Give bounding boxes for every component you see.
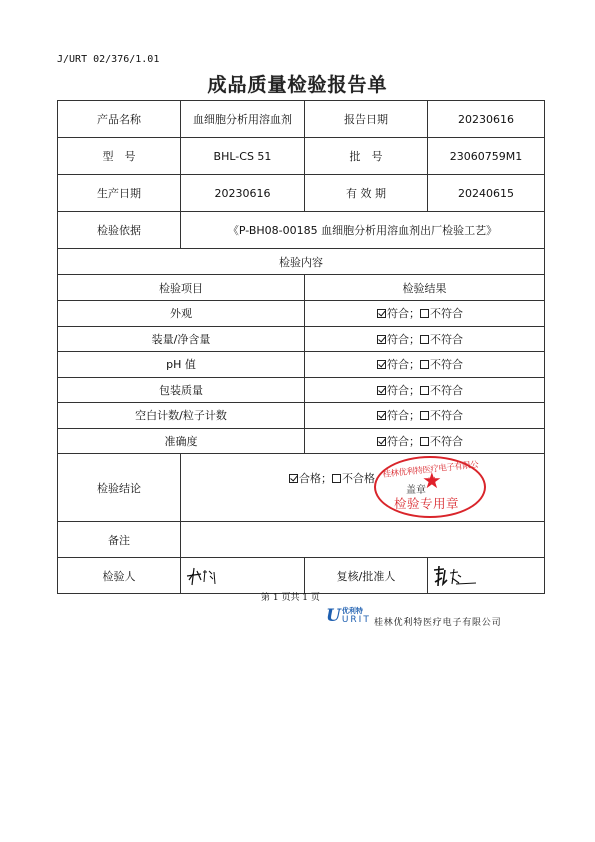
report-date-value: 20230616	[428, 101, 545, 138]
product-name-value: 血细胞分析用溶血剂	[181, 101, 305, 138]
document-code: J/URT 02/376/1.01	[57, 54, 159, 65]
item-name: 外观	[58, 301, 305, 327]
reviewer-signature-cell	[428, 558, 545, 594]
table-row: 空白计数/粒子计数 符合；不符合	[58, 403, 545, 429]
fail-checkbox[interactable]	[420, 335, 429, 344]
fail-label: 不符合	[430, 384, 463, 397]
separator: ；	[409, 307, 420, 320]
reviewer-signature-icon	[428, 558, 545, 593]
table-row: 准确度 符合；不符合	[58, 428, 545, 454]
pass-checkbox[interactable]	[377, 411, 386, 420]
logo-cn-text: 优利特	[342, 607, 371, 615]
production-date-label: 生产日期	[58, 175, 181, 212]
fail-checkbox[interactable]	[420, 309, 429, 318]
expiry-value: 20240615	[428, 175, 545, 212]
pass-checkbox[interactable]	[377, 309, 386, 318]
separator: ；	[321, 472, 332, 485]
section-title: 检验内容	[58, 249, 545, 275]
product-name-label: 产品名称	[58, 101, 181, 138]
pass-checkbox[interactable]	[377, 335, 386, 344]
model-value: BHL-CS 51	[181, 138, 305, 175]
pass-checkbox[interactable]	[377, 360, 386, 369]
logo-en-text: URIT	[342, 615, 371, 625]
item-result: 符合；不符合	[305, 403, 545, 429]
pass-label: 符合	[387, 409, 409, 422]
fail-label: 不符合	[430, 409, 463, 422]
conclusion-cell: 合格；不合格 桂林优利特医疗电子有限公司 ★ 盖章 检验专用章	[181, 454, 545, 522]
fail-label: 不符合	[430, 307, 463, 320]
item-name: 空白计数/粒子计数	[58, 403, 305, 429]
column-header-row: 检验项目 检验结果	[58, 275, 545, 301]
separator: ；	[409, 409, 420, 422]
item-result: 符合；不符合	[305, 377, 545, 403]
fail-checkbox[interactable]	[420, 411, 429, 420]
item-result: 符合；不符合	[305, 352, 545, 378]
fail-checkbox[interactable]	[420, 386, 429, 395]
pass-checkbox[interactable]	[377, 386, 386, 395]
info-row-basis: 检验依据 《P-BH08-00185 血细胞分析用溶血剂出厂检验工艺》	[58, 212, 545, 249]
production-date-value: 20230616	[181, 175, 305, 212]
info-row-model: 型 号 BHL-CS 51 批 号 23060759M1	[58, 138, 545, 175]
page-indicator: 第 1 页共 1 页	[261, 590, 320, 603]
item-name: 装量/净含量	[58, 326, 305, 352]
qualified-checkbox[interactable]	[289, 474, 298, 483]
conclusion-options: 合格；不合格	[289, 470, 375, 486]
info-row-dates: 生产日期 20230616 有 效 期 20240615	[58, 175, 545, 212]
urit-logo-icon: U	[326, 608, 341, 625]
conclusion-row: 检验结论 合格；不合格 桂林优利特医疗电子有限公司 ★ 盖章 检验专用章	[58, 454, 545, 522]
pass-label: 符合	[387, 333, 409, 346]
expiry-label: 有 效 期	[305, 175, 428, 212]
model-label: 型 号	[58, 138, 181, 175]
pass-label: 符合	[387, 307, 409, 320]
remarks-label: 备注	[58, 522, 181, 558]
section-header-row: 检验内容	[58, 249, 545, 275]
item-result: 符合；不符合	[305, 428, 545, 454]
item-result: 符合；不符合	[305, 326, 545, 352]
separator: ；	[409, 333, 420, 346]
pass-label: 符合	[387, 384, 409, 397]
pass-label: 符合	[387, 435, 409, 448]
fail-label: 不符合	[430, 333, 463, 346]
table-row: pH 值 符合；不符合	[58, 352, 545, 378]
batch-value: 23060759M1	[428, 138, 545, 175]
fail-label: 不符合	[430, 435, 463, 448]
separator: ；	[409, 358, 420, 371]
basis-label: 检验依据	[58, 212, 181, 249]
reviewer-label: 复核/批准人	[305, 558, 428, 594]
pass-checkbox[interactable]	[377, 437, 386, 446]
page-title: 成品质量检验报告单	[0, 70, 595, 97]
unqualified-label: 不合格	[342, 472, 375, 485]
inspection-stamp: 桂林优利特医疗电子有限公司 ★ 盖章 检验专用章	[374, 456, 486, 518]
separator: ；	[409, 435, 420, 448]
table-row: 外观 符合；不符合	[58, 301, 545, 327]
column-header-result: 检验结果	[305, 275, 545, 301]
pass-label: 符合	[387, 358, 409, 371]
item-name: pH 值	[58, 352, 305, 378]
stamp-type-text: 检验专用章	[394, 494, 459, 512]
company-logo: U 优利特 URIT	[326, 607, 371, 625]
item-name: 准确度	[58, 428, 305, 454]
qualified-label: 合格	[299, 472, 321, 485]
batch-label: 批 号	[305, 138, 428, 175]
separator: ；	[409, 384, 420, 397]
fail-checkbox[interactable]	[420, 437, 429, 446]
conclusion-label: 检验结论	[58, 454, 181, 522]
report-date-label: 报告日期	[305, 101, 428, 138]
inspector-signature-icon	[181, 558, 305, 593]
table-row: 包装质量 符合；不符合	[58, 377, 545, 403]
column-header-item: 检验项目	[58, 275, 305, 301]
fail-label: 不符合	[430, 358, 463, 371]
item-result: 符合；不符合	[305, 301, 545, 327]
inspection-report-table: 产品名称 血细胞分析用溶血剂 报告日期 20230616 型 号 BHL-CS …	[57, 100, 545, 594]
basis-value: 《P-BH08-00185 血细胞分析用溶血剂出厂检验工艺》	[181, 212, 545, 249]
info-row-product: 产品名称 血细胞分析用溶血剂 报告日期 20230616	[58, 101, 545, 138]
item-name: 包装质量	[58, 377, 305, 403]
inspector-label: 检验人	[58, 558, 181, 594]
unqualified-checkbox[interactable]	[332, 474, 341, 483]
table-row: 装量/净含量 符合；不符合	[58, 326, 545, 352]
signature-row: 检验人 复核/批准人	[58, 558, 545, 594]
fail-checkbox[interactable]	[420, 360, 429, 369]
remarks-row: 备注	[58, 522, 545, 558]
inspector-signature-cell	[181, 558, 305, 594]
remarks-value	[181, 522, 545, 558]
footer-company-name: 桂林优利特医疗电子有限公司	[374, 615, 501, 628]
